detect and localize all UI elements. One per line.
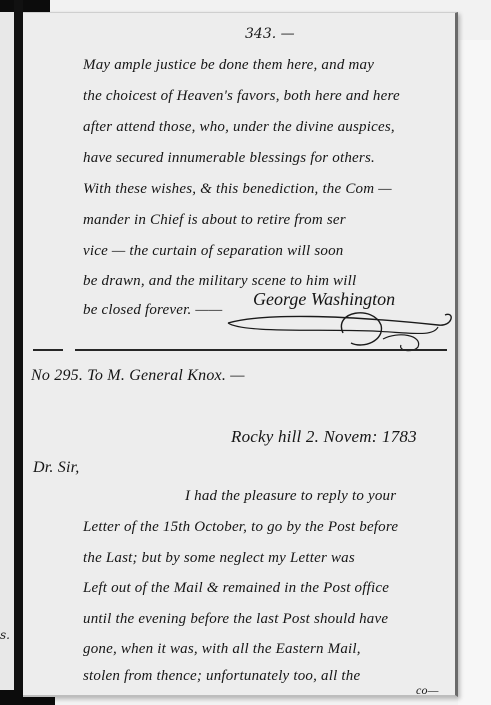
text-line: With these wishes, & this benediction, t… bbox=[83, 181, 392, 198]
letter-heading: No 295. To M. General Knox. — bbox=[31, 367, 245, 385]
manuscript-page: 343. — May ample justice be done them he… bbox=[23, 12, 458, 697]
text-line: Letter of the 15th October, to go by the… bbox=[83, 519, 398, 536]
text-line: I had the pleasure to reply to your bbox=[185, 488, 396, 505]
letter-salutation: Dr. Sir, bbox=[33, 459, 80, 477]
text-line: have secured innumerable blessings for o… bbox=[83, 150, 375, 167]
facing-page-edge bbox=[0, 12, 14, 690]
letter-dateline: Rocky hill 2. Novem: 1783 bbox=[231, 427, 417, 447]
text-line: be closed forever. —— bbox=[83, 302, 222, 319]
text-line: stolen from thence; unfortunately too, a… bbox=[83, 668, 360, 685]
text-line: mander in Chief is about to retire from … bbox=[83, 212, 346, 229]
text-line: gone, when it was, with all the Eastern … bbox=[83, 641, 361, 658]
text-line: after attend those, who, under the divin… bbox=[83, 119, 395, 136]
text-line: vice — the curtain of separation will so… bbox=[83, 243, 343, 260]
scan-top-shadow bbox=[0, 0, 50, 12]
scan-right-margin bbox=[458, 40, 491, 705]
page-number: 343. — bbox=[245, 26, 315, 42]
catchword: co— bbox=[416, 683, 439, 698]
text-line: May ample justice be done them here, and… bbox=[83, 57, 374, 74]
section-divider bbox=[75, 349, 447, 351]
text-line: be drawn, and the military scene to him … bbox=[83, 273, 356, 290]
facing-page-text-fragment: s. bbox=[0, 628, 10, 642]
book-binding-gutter bbox=[14, 0, 23, 690]
text-line: the Last; but by some neglect my Letter … bbox=[83, 550, 355, 567]
text-line: until the evening before the last Post s… bbox=[83, 611, 388, 628]
signature-flourish-icon bbox=[223, 305, 463, 355]
text-line: the choicest of Heaven's favors, both he… bbox=[83, 88, 400, 105]
section-divider bbox=[33, 349, 63, 351]
text-line: Left out of the Mail & remained in the P… bbox=[83, 580, 389, 597]
